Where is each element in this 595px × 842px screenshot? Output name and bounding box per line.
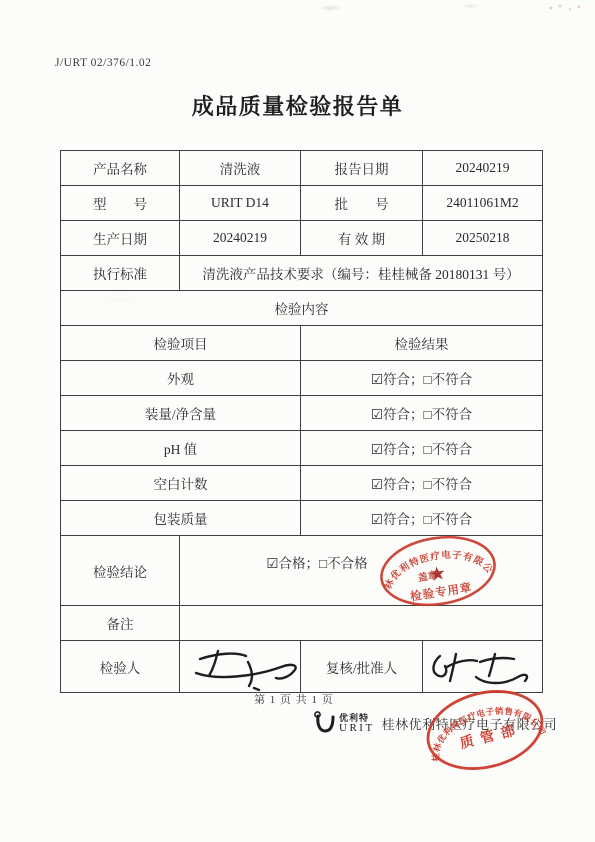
model-value: URIT D14 (180, 186, 301, 221)
item-name: 空白计数 (61, 466, 301, 501)
urit-logo-text: 优利特 URIT (339, 714, 375, 734)
logo-en: URIT (339, 723, 375, 734)
report-page: J/URT 02/376/1.02 成品质量检验报告单 产品名称 清洗液 报告日… (0, 0, 595, 842)
standard-label: 执行标准 (61, 256, 180, 291)
batch-label: 批 号 (301, 186, 423, 221)
inspector-signature (188, 645, 308, 691)
item-result: ☑符合；□不符合 (301, 396, 543, 431)
inspector-signature-cell (180, 641, 301, 693)
batch-value: 24011061M2 (423, 186, 543, 221)
standard-value: 清洗液产品技术要求（编号：桂桂械备 20180131 号） (180, 256, 543, 291)
inspection-row: 装量/净含量 ☑符合；□不符合 (61, 396, 543, 431)
production-date-value: 20240219 (180, 221, 301, 256)
item-result: ☑符合；□不符合 (301, 431, 543, 466)
item-name: 装量/净含量 (61, 396, 301, 431)
report-table: 产品名称 清洗液 报告日期 20240219 型 号 URIT D14 批 号 … (60, 150, 543, 693)
report-date-label: 报告日期 (301, 151, 423, 186)
remarks-value (180, 606, 543, 641)
document-code: J/URT 02/376/1.02 (55, 57, 151, 69)
page-number: 第 1 页 共 1 页 (254, 691, 334, 707)
qc-seal-company-arc-text: 桂林优利特医疗电子销售有限公司 (421, 694, 548, 764)
expiry-value: 20250218 (423, 221, 543, 256)
item-name: 包装质量 (61, 501, 301, 536)
product-name-value: 清洗液 (180, 151, 301, 186)
item-result: ☑符合；□不符合 (301, 361, 543, 396)
qc-seal-center-text: 质管部 (458, 720, 523, 752)
table-row: 检验内容 (61, 291, 543, 326)
inspector-label: 检验人 (61, 641, 180, 693)
item-name: 外观 (61, 361, 301, 396)
table-row: 型 号 URIT D14 批 号 24011061M2 (61, 186, 543, 221)
table-row: 执行标准 清洗液产品技术要求（编号：桂桂械备 20180131 号） (61, 256, 543, 291)
report-date-value: 20240219 (423, 151, 543, 186)
reviewer-label: 复核/批准人 (301, 641, 423, 693)
star-icon: ★ (427, 563, 447, 586)
table-row: 生产日期 20240219 有 效 期 20250218 (61, 221, 543, 256)
section-title: 检验内容 (61, 291, 543, 326)
conclusion-value: ☑合格；□不合格 (266, 556, 367, 571)
model-label: 型 号 (61, 186, 180, 221)
item-header: 检验项目 (61, 326, 301, 361)
inspection-row: 空白计数 ☑符合；□不符合 (61, 466, 543, 501)
inspection-row: 外观 ☑符合；□不符合 (61, 361, 543, 396)
urit-logo-icon (312, 710, 336, 736)
production-date-label: 生产日期 (61, 221, 180, 256)
remarks-row: 备注 (61, 606, 543, 641)
item-result: ☑符合；□不符合 (301, 466, 543, 501)
item-name: pH 值 (61, 431, 301, 466)
table-row: 产品名称 清洗液 报告日期 20240219 (61, 151, 543, 186)
result-header: 检验结果 (301, 326, 543, 361)
page-title: 成品质量检验报告单 (0, 90, 595, 121)
remarks-label: 备注 (61, 606, 180, 641)
inspection-row: pH 值 ☑符合；□不符合 (61, 431, 543, 466)
expiry-label: 有 效 期 (301, 221, 423, 256)
signature-row: 检验人 复核/批准人 (61, 641, 543, 693)
faint-red-mark (546, 2, 584, 15)
product-name-label: 产品名称 (61, 151, 180, 186)
conclusion-label: 检验结论 (61, 536, 180, 606)
table-row: 检验项目 检验结果 (61, 326, 543, 361)
item-result: ☑符合；□不符合 (301, 501, 543, 536)
